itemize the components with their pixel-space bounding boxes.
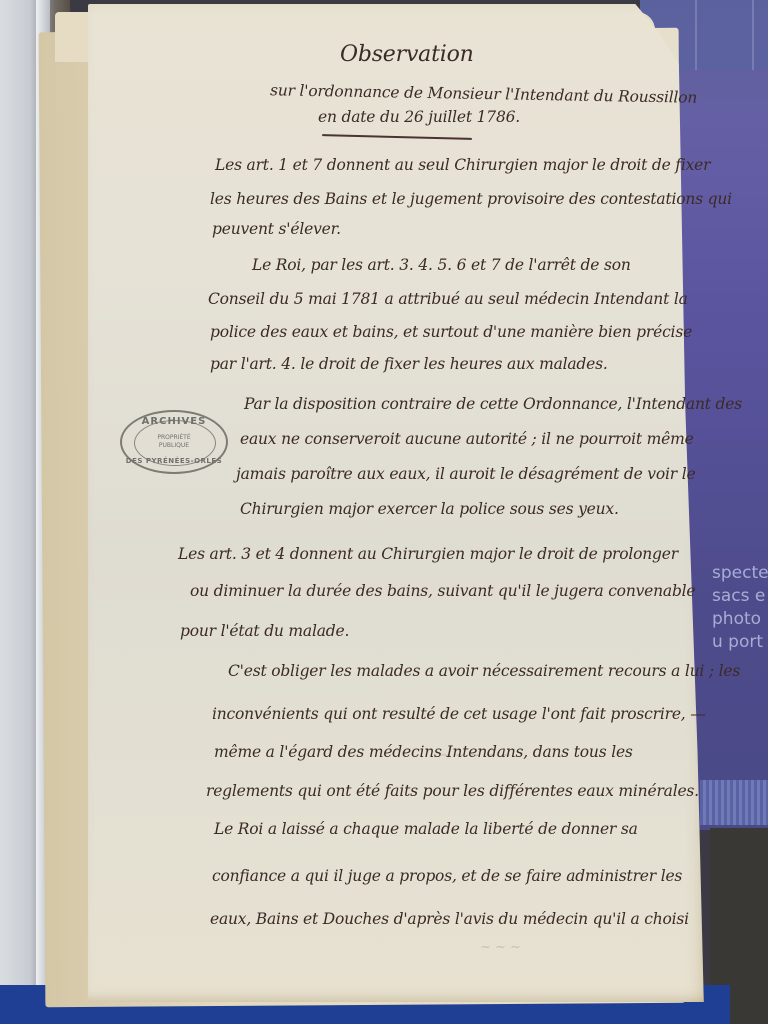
manuscript-line: Le Roi, par les art. 3. 4. 5. 6 et 7 de … [252, 256, 631, 274]
document-date: en date du 26 juillet 1786. [318, 108, 520, 126]
manuscript-line: inconvénients qui ont resulté de cet usa… [212, 705, 706, 723]
flyer-line: u port [712, 631, 768, 654]
manuscript-line: les heures des Bains et le jugement prov… [210, 190, 732, 208]
manuscript-line: reglements qui ont été faits pour les di… [206, 782, 699, 800]
stamp-bottom-text: DES PYRÉNÉES-ORLES [122, 457, 226, 465]
manuscript-line: Les art. 3 et 4 donnent au Chirurgien ma… [178, 545, 678, 563]
manuscript-line: Le Roi a laissé a chaque malade la liber… [214, 820, 638, 838]
stamp-middle-line: PUBLIQUE [122, 442, 226, 450]
bleed-through-text: ~ ~ ~ [480, 940, 521, 955]
manuscript-line: Par la disposition contraire de cette Or… [244, 395, 742, 413]
manuscript-line: Les art. 1 et 7 donnent au seul Chirurgi… [215, 156, 710, 174]
manuscript-line: confiance a qui il juge a propos, et de … [212, 867, 682, 885]
flyer-line: sacs e [712, 585, 768, 608]
manuscript-line: C'est obliger les malades a avoir nécess… [228, 662, 740, 680]
manuscript-line: par l'art. 4. le droit de fixer les heur… [210, 355, 608, 373]
document-heading: Observation [340, 42, 474, 67]
manuscript-line: peuvent s'élever. [212, 220, 341, 238]
flyer-line: photo [712, 608, 768, 631]
stamp-title: ARCHIVES [122, 416, 226, 427]
flyer-line: specte [712, 562, 768, 585]
archives-stamp: ARCHIVES PROPRIÉTÉ PUBLIQUE DES PYRÉNÉES… [120, 410, 228, 474]
manuscript-line: jamais paroître aux eaux, il auroit le d… [236, 465, 695, 483]
background-stripe [700, 780, 768, 825]
manuscript-line: pour l'état du malade. [180, 622, 349, 640]
manuscript-line: même a l'égard des médecins Intendans, d… [214, 743, 633, 761]
background-flyer-text: specte sacs e photo u port [712, 562, 768, 654]
stamp-middle-text: PROPRIÉTÉ PUBLIQUE [122, 434, 226, 450]
manuscript-line: ou diminuer la durée des bains, suivant … [190, 582, 695, 600]
manuscript-line: eaux, Bains et Douches d'après l'avis du… [210, 910, 689, 928]
manuscript-line: Chirurgien major exercer la police sous … [240, 500, 619, 518]
stamp-middle-line: PROPRIÉTÉ [122, 434, 226, 442]
manuscript-line: eaux ne conserveroit aucune autorité ; i… [240, 430, 694, 448]
manuscript-line: police des eaux et bains, et surtout d'u… [210, 323, 692, 341]
manuscript-line: Conseil du 5 mai 1781 a attribué au seul… [208, 290, 688, 308]
